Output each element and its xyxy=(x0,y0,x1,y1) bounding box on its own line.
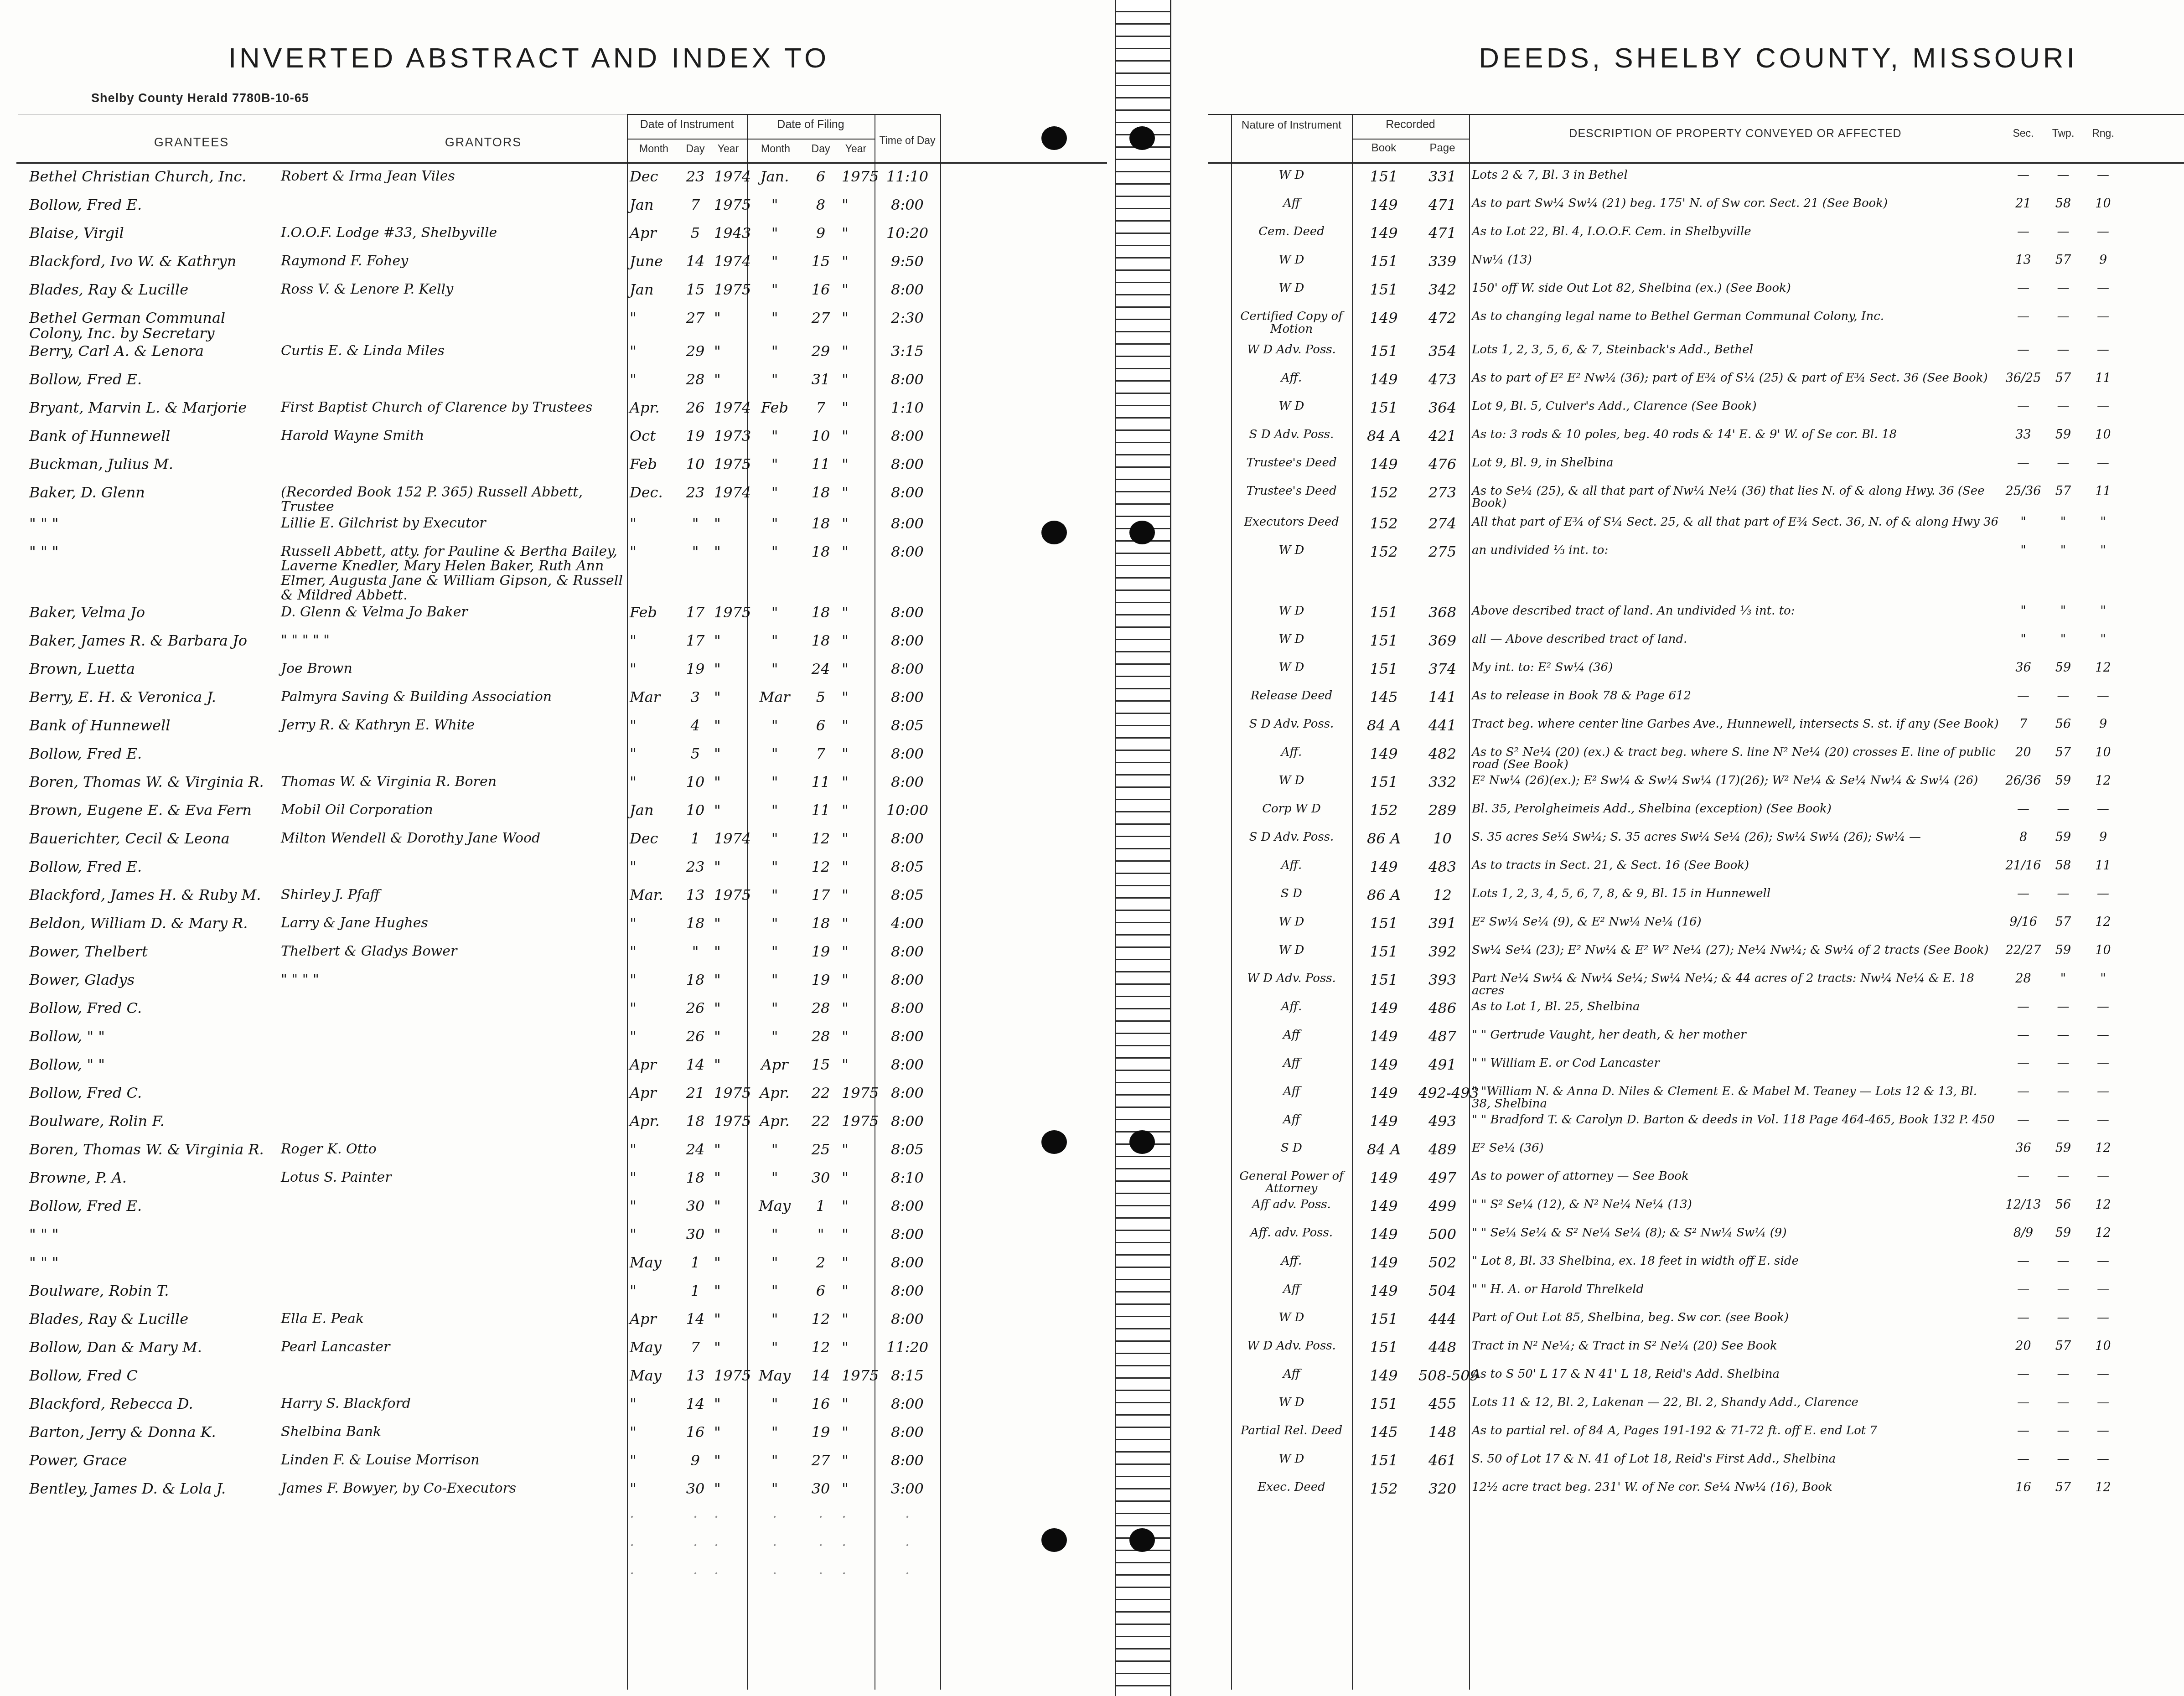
cell-grantee: Bollow, Fred E. xyxy=(0,857,278,875)
cell-spacer xyxy=(940,223,1231,226)
cell-nature: Aff. xyxy=(1231,370,1352,385)
cell-time: 8:00 xyxy=(875,1394,940,1412)
cell-description: Part Ne¼ Sw¼ & Nw¼ Se¼; Sw¼ Ne¼; & 44 ac… xyxy=(1469,970,2002,998)
cell-file-month: May xyxy=(747,1196,802,1214)
cell-spacer xyxy=(940,1338,1231,1340)
cell-description: all — Above described tract of land. xyxy=(1469,631,2002,646)
cell-description: " Lot 8, Bl. 33 Shelbina, ex. 18 feet in… xyxy=(1469,1253,2002,1268)
cell-rng: — xyxy=(2081,1451,2125,1466)
cell-twp: — xyxy=(2045,1451,2081,1466)
cell-inst-day: 18 xyxy=(679,970,711,988)
cell-rng: — xyxy=(2081,688,2125,703)
cell-rng: — xyxy=(2081,1309,2125,1325)
cell-file-day: 18 xyxy=(802,542,839,560)
cell-twp xyxy=(2045,1507,2081,1510)
cell-spacer xyxy=(940,1394,1231,1396)
cell-inst-month: " xyxy=(627,1140,679,1158)
cell-inst-day: 14 xyxy=(679,252,711,269)
cell-twp: 57 xyxy=(2045,483,2081,498)
cell-grantor xyxy=(278,1225,627,1227)
cell-book: 151 xyxy=(1352,398,1416,416)
cell-twp: 57 xyxy=(2045,370,2081,385)
cell-spacer xyxy=(940,483,1231,485)
cell-file-year: " xyxy=(839,801,875,818)
cell-file-year: " xyxy=(839,688,875,705)
cell-inst-year: 1974 xyxy=(711,167,747,185)
cell-spacer xyxy=(940,1196,1231,1199)
cell-file-month: " xyxy=(747,829,802,847)
cell-time: 8:00 xyxy=(875,942,940,960)
cell-grantor xyxy=(278,1112,627,1114)
cell-page: 461 xyxy=(1416,1451,1469,1468)
cell-sec: — xyxy=(2002,1112,2045,1127)
cell-grantee: Blades, Ray & Lucille xyxy=(0,1309,278,1327)
table-row: Boren, Thomas W. & Virginia R.Roger K. O… xyxy=(0,1140,2184,1168)
cell-rng: — xyxy=(2081,1281,2125,1297)
cell-description: As to changing legal name to Bethel Germ… xyxy=(1469,308,2002,323)
cell-inst-month: " xyxy=(627,1451,679,1468)
cell-book: 151 xyxy=(1352,1338,1416,1355)
cell-rng: — xyxy=(2081,1027,2125,1042)
cell-time: 8:05 xyxy=(875,1140,940,1158)
cell-inst-month: · xyxy=(627,1507,679,1525)
cell-spacer xyxy=(940,514,1231,516)
cell-book: 151 xyxy=(1352,1309,1416,1327)
cell-twp: 56 xyxy=(2045,716,2081,731)
cell-rng: 12 xyxy=(2081,914,2125,929)
cell-file-year: " xyxy=(839,603,875,620)
cell-file-month: " xyxy=(747,998,802,1016)
cell-grantee: Bollow, Fred E. xyxy=(0,195,278,213)
cell-book: 149 xyxy=(1352,744,1416,762)
cell-file-year: " xyxy=(839,970,875,988)
cell-file-day: 10 xyxy=(802,426,839,444)
cell-description: As to Lot 1, Bl. 25, Shelbina xyxy=(1469,998,2002,1013)
cell-time: 11:10 xyxy=(875,167,940,185)
cell-spacer xyxy=(940,998,1231,1001)
cell-file-day: 19 xyxy=(802,970,839,988)
cell-file-year: " xyxy=(839,1422,875,1440)
cell-inst-day: 1 xyxy=(679,829,711,847)
cell-inst-day: 1 xyxy=(679,1281,711,1299)
column-header-inst-day: Day xyxy=(679,143,711,155)
cell-inst-day: 16 xyxy=(679,1422,711,1440)
cell-sec: — xyxy=(2002,885,2045,901)
cell-sec: — xyxy=(2002,1027,2045,1042)
cell-twp: — xyxy=(2045,1055,2081,1070)
cell-file-day: · xyxy=(802,1507,839,1525)
cell-grantee: Browne, P. A. xyxy=(0,1168,278,1186)
cell-page: 492-493 xyxy=(1416,1083,1469,1101)
cell-nature: S D Adv. Poss. xyxy=(1231,426,1352,441)
cell-page: 483 xyxy=(1416,857,1469,875)
cell-description: As to Lot 22, Bl. 4, I.O.O.F. Cem. in Sh… xyxy=(1469,223,2002,238)
cell-grantor xyxy=(278,370,627,372)
cell-grantor: " " " " " xyxy=(278,631,627,648)
cell-time: 8:00 xyxy=(875,483,940,501)
cell-file-month: " xyxy=(747,744,802,762)
cell-file-month: " xyxy=(747,1451,802,1468)
cell-inst-month: Feb xyxy=(627,603,679,620)
cell-inst-month: Dec xyxy=(627,167,679,185)
cell-file-month: Apr xyxy=(747,1055,802,1073)
cell-description: Sw¼ Se¼ (23); E² Nw¼ & E² W² Ne¼ (27); N… xyxy=(1469,942,2002,957)
cell-page: 392 xyxy=(1416,942,1469,960)
cell-grantor xyxy=(278,308,627,310)
cell-grantor xyxy=(278,1027,627,1029)
cell-file-day: 7 xyxy=(802,398,839,416)
cell-rng: " xyxy=(2081,631,2125,646)
cell-spacer xyxy=(940,1536,1231,1538)
cell-twp: — xyxy=(2045,998,2081,1014)
cell-inst-month: " xyxy=(627,744,679,762)
cell-inst-day: 26 xyxy=(679,398,711,416)
cell-description: 12½ acre tract beg. 231' W. of Ne cor. S… xyxy=(1469,1479,2002,1494)
cell-spacer xyxy=(940,1083,1231,1086)
cell-file-month: " xyxy=(747,772,802,790)
cell-book: 151 xyxy=(1352,280,1416,298)
cell-twp: 59 xyxy=(2045,659,2081,675)
cell-file-day: 28 xyxy=(802,1027,839,1044)
cell-file-month: " xyxy=(747,1281,802,1299)
cell-book: 151 xyxy=(1352,1394,1416,1412)
cell-inst-month: Mar xyxy=(627,688,679,705)
cell-page: 508-509 xyxy=(1416,1366,1469,1384)
cell-inst-day: 7 xyxy=(679,195,711,213)
cell-file-day: 31 xyxy=(802,370,839,388)
cell-sec: 12/13 xyxy=(2002,1196,2045,1212)
cell-description: As to Se¼ (25), & all that part of Nw¼ N… xyxy=(1469,483,2002,510)
cell-grantor: Roger K. Otto xyxy=(278,1140,627,1157)
cell-grantee: Blades, Ray & Lucille xyxy=(0,280,278,298)
cell-file-month: · xyxy=(747,1564,802,1582)
cell-book: 152 xyxy=(1352,801,1416,818)
cell-nature: Aff xyxy=(1231,1112,1352,1127)
cell-rng: 9 xyxy=(2081,252,2125,267)
cell-inst-day: · xyxy=(679,1564,711,1582)
cell-file-year: · xyxy=(839,1507,875,1525)
cell-file-year: " xyxy=(839,1338,875,1355)
cell-page: 332 xyxy=(1416,772,1469,790)
cell-sec: 16 xyxy=(2002,1479,2045,1494)
cell-grantor: Joe Brown xyxy=(278,659,627,676)
cell-description: Tract beg. where center line Garbes Ave.… xyxy=(1469,716,2002,731)
cell-inst-year: 1974 xyxy=(711,398,747,416)
cell-nature: W D xyxy=(1231,942,1352,957)
cell-sec: 33 xyxy=(2002,426,2045,442)
cell-inst-day: " xyxy=(679,514,711,532)
cell-inst-year: 1975 xyxy=(711,1083,747,1101)
cell-book: 149 xyxy=(1352,195,1416,213)
cell-inst-day: 30 xyxy=(679,1479,711,1497)
cell-page: 148 xyxy=(1416,1422,1469,1440)
cell-inst-year: 1973 xyxy=(711,426,747,444)
cell-twp xyxy=(2045,1536,2081,1538)
cell-inst-year: " xyxy=(711,801,747,818)
table-row: Bollow, Fred E."5""7"8:00Aff.149482As to… xyxy=(0,744,2184,772)
table-row: Bollow, Fred E.Jan71975"8"8:00Aff149471A… xyxy=(0,195,2184,223)
cell-book: 151 xyxy=(1352,659,1416,677)
cell-grantee: Bollow, Dan & Mary M. xyxy=(0,1338,278,1355)
cell-inst-month: " xyxy=(627,970,679,988)
cell-twp: " xyxy=(2045,631,2081,646)
cell-twp: — xyxy=(2045,341,2081,357)
cell-rng: — xyxy=(2081,308,2125,324)
cell-inst-month: Apr xyxy=(627,1083,679,1101)
cell-spacer xyxy=(940,688,1231,690)
cell-nature: Aff xyxy=(1231,1281,1352,1296)
cell-nature: W D xyxy=(1231,1309,1352,1324)
cell-grantee: Boren, Thomas W. & Virginia R. xyxy=(0,772,278,790)
cell-time: 8:00 xyxy=(875,603,940,620)
cell-grantor xyxy=(278,1366,627,1368)
cell-rng: 11 xyxy=(2081,370,2125,385)
cell-time: 8:00 xyxy=(875,1281,940,1299)
cell-grantee: Bentley, James D. & Lola J. xyxy=(0,1479,278,1497)
cell-file-day: 16 xyxy=(802,280,839,298)
cell-time: 8:00 xyxy=(875,1027,940,1044)
cell-description: S. 50 of Lot 17 & N. 41 of Lot 18, Reid'… xyxy=(1469,1451,2002,1466)
cell-sec: — xyxy=(2002,688,2045,703)
cell-inst-day: 23 xyxy=(679,483,711,501)
cell-book: 151 xyxy=(1352,914,1416,931)
cell-book xyxy=(1352,1536,1416,1538)
cell-grantee: Baker, D. Glenn xyxy=(0,483,278,501)
cell-inst-month: Apr xyxy=(627,1309,679,1327)
cell-inst-month: " xyxy=(627,542,679,560)
cell-spacer xyxy=(940,659,1231,662)
cell-nature: W D Adv. Poss. xyxy=(1231,1338,1352,1353)
cell-twp: — xyxy=(2045,167,2081,182)
cell-book: 84 A xyxy=(1352,716,1416,734)
cell-file-month: " xyxy=(747,308,802,326)
table-row: Bollow, Fred C.Apr211975Apr.2219758:00Af… xyxy=(0,1083,2184,1112)
cell-inst-month: " xyxy=(627,308,679,326)
cell-book: 84 A xyxy=(1352,1140,1416,1158)
cell-inst-month: Dec xyxy=(627,829,679,847)
cell-file-month: " xyxy=(747,716,802,734)
cell-nature: Certified Copy of Motion xyxy=(1231,308,1352,336)
cell-file-month: " xyxy=(747,426,802,444)
cell-book: 151 xyxy=(1352,1451,1416,1468)
cell-twp: — xyxy=(2045,1112,2081,1127)
cell-grantee: Beldon, William D. & Mary R. xyxy=(0,914,278,931)
cell-grantor: Russell Abbett, atty. for Pauline & Bert… xyxy=(278,542,627,602)
cell-inst-year: " xyxy=(711,1168,747,1186)
cell-inst-month: " xyxy=(627,370,679,388)
cell-inst-month: Mar. xyxy=(627,885,679,903)
cell-inst-month: Apr. xyxy=(627,1112,679,1129)
cell-inst-day: 24 xyxy=(679,1140,711,1158)
column-header-date-of-instrument: Date of Instrument xyxy=(627,119,747,131)
cell-grantor xyxy=(278,1083,627,1086)
cell-sec: 26/36 xyxy=(2002,772,2045,788)
cell-twp: — xyxy=(2045,1422,2081,1438)
cell-sec: — xyxy=(2002,1168,2045,1184)
cell-page: 504 xyxy=(1416,1281,1469,1299)
table-row: Bauerichter, Cecil & LeonaMilton Wendell… xyxy=(0,829,2184,857)
cell-book: 149 xyxy=(1352,455,1416,472)
cell-page: 331 xyxy=(1416,167,1469,185)
cell-nature: Trustee's Deed xyxy=(1231,483,1352,498)
cell-grantor xyxy=(278,1281,627,1283)
cell-file-year: 1975 xyxy=(839,167,875,185)
cell-file-day: · xyxy=(802,1536,839,1553)
cell-description xyxy=(1469,1536,2002,1538)
cell-spacer xyxy=(940,914,1231,916)
cell-file-month: Apr. xyxy=(747,1112,802,1129)
cell-sec: — xyxy=(2002,1055,2045,1070)
cell-time: · xyxy=(875,1507,940,1525)
table-row: ······· xyxy=(0,1564,2184,1592)
cell-book: 151 xyxy=(1352,942,1416,960)
cell-nature: S D xyxy=(1231,885,1352,900)
cell-file-month: Jan. xyxy=(747,167,802,185)
cell-page: 342 xyxy=(1416,280,1469,298)
cell-book: 152 xyxy=(1352,542,1416,560)
cell-spacer xyxy=(940,1479,1231,1481)
cell-time: 8:00 xyxy=(875,1253,940,1271)
cell-spacer xyxy=(940,603,1231,605)
cell-twp: 59 xyxy=(2045,942,2081,957)
cell-nature: Aff xyxy=(1231,1027,1352,1042)
cell-book: 151 xyxy=(1352,603,1416,620)
cell-inst-day: 30 xyxy=(679,1196,711,1214)
cell-file-month: Feb xyxy=(747,398,802,416)
cell-book: 149 xyxy=(1352,1225,1416,1242)
cell-book: 149 xyxy=(1352,998,1416,1016)
cell-inst-year: " xyxy=(711,1451,747,1468)
cell-file-day: 27 xyxy=(802,308,839,326)
cell-time: · xyxy=(875,1536,940,1553)
cell-inst-month: " xyxy=(627,631,679,649)
cell-spacer xyxy=(940,398,1231,400)
cell-rng: 12 xyxy=(2081,1479,2125,1494)
cell-sec: 36 xyxy=(2002,1140,2045,1155)
cell-file-month: " xyxy=(747,1338,802,1355)
cell-book: 149 xyxy=(1352,857,1416,875)
cell-page: 320 xyxy=(1416,1479,1469,1497)
cell-file-month: Mar xyxy=(747,688,802,705)
cell-page: 471 xyxy=(1416,223,1469,241)
hole-punch xyxy=(1041,126,1067,150)
cell-sec: — xyxy=(2002,455,2045,470)
cell-time: 8:00 xyxy=(875,772,940,790)
cell-spacer xyxy=(940,1225,1231,1227)
column-header-inst-month: Month xyxy=(628,143,679,155)
cell-rng: — xyxy=(2081,455,2125,470)
cell-file-day: 11 xyxy=(802,772,839,790)
cell-twp: — xyxy=(2045,688,2081,703)
cell-book: 149 xyxy=(1352,1168,1416,1186)
cell-page: 448 xyxy=(1416,1338,1469,1355)
cell-inst-year: " xyxy=(711,1055,747,1073)
cell-nature: Corp W D xyxy=(1231,801,1352,816)
cell-file-month: " xyxy=(747,370,802,388)
cell-rng: — xyxy=(2081,223,2125,239)
cell-file-year: " xyxy=(839,426,875,444)
cell-file-year: 1975 xyxy=(839,1112,875,1129)
cell-file-month: " xyxy=(747,1168,802,1186)
cell-twp: 58 xyxy=(2045,857,2081,873)
cell-inst-month: " xyxy=(627,1281,679,1299)
cell-file-day: 18 xyxy=(802,603,839,620)
cell-time: 4:00 xyxy=(875,914,940,931)
cell-inst-month: " xyxy=(627,1027,679,1044)
column-header-twp: Twp. xyxy=(2045,128,2081,139)
cell-sec: 22/27 xyxy=(2002,942,2045,957)
cell-sec: 20 xyxy=(2002,744,2045,760)
cell-file-day: 18 xyxy=(802,631,839,649)
cell-nature: W D xyxy=(1231,1451,1352,1466)
cell-rng: " xyxy=(2081,514,2125,529)
cell-page: 393 xyxy=(1416,970,1469,988)
printer-imprint: Shelby County Herald 7780B-10-65 xyxy=(91,91,309,105)
cell-inst-year: " xyxy=(711,1338,747,1355)
cell-sec: " xyxy=(2002,631,2045,646)
cell-inst-year: 1974 xyxy=(711,252,747,269)
cell-spacer xyxy=(940,370,1231,372)
cell-grantee: Boulware, Robin T. xyxy=(0,1281,278,1299)
cell-inst-year: " xyxy=(711,1253,747,1271)
cell-grantee: Boren, Thomas W. & Virginia R. xyxy=(0,1140,278,1158)
cell-file-day: 12 xyxy=(802,1309,839,1327)
table-row: Bethel German Communal Colony, Inc. by S… xyxy=(0,308,2184,341)
cell-inst-month: Apr xyxy=(627,1055,679,1073)
cell-inst-day: 28 xyxy=(679,370,711,388)
cell-spacer xyxy=(940,744,1231,746)
cell-file-year: " xyxy=(839,308,875,326)
page-title-left: INVERTED ABSTRACT AND INDEX TO xyxy=(201,42,857,74)
cell-file-month: " xyxy=(747,483,802,501)
cell-inst-day: 7 xyxy=(679,1338,711,1355)
cell-inst-day: 10 xyxy=(679,772,711,790)
cell-spacer xyxy=(940,1140,1231,1142)
cell-description: Tract in N² Ne¼; & Tract in S² Ne¼ (20) … xyxy=(1469,1338,2002,1353)
cell-grantor: Pearl Lancaster xyxy=(278,1338,627,1355)
cell-time: 8:00 xyxy=(875,1225,940,1242)
cell-grantor xyxy=(278,857,627,859)
cell-nature xyxy=(1231,1536,1352,1538)
table-row: Bollow, Fred E."23""12"8:05Aff.149483As … xyxy=(0,857,2184,885)
cell-grantor: " " " " xyxy=(278,970,627,987)
table-row: Bollow, Fred E."28""31"8:00Aff.149473As … xyxy=(0,370,2184,398)
cell-grantor xyxy=(278,744,627,746)
cell-grantor: Shelbina Bank xyxy=(278,1422,627,1439)
cell-inst-month: " xyxy=(627,341,679,359)
cell-twp: 57 xyxy=(2045,1338,2081,1353)
cell-file-year: " xyxy=(839,223,875,241)
cell-file-day: 15 xyxy=(802,252,839,269)
cell-twp: — xyxy=(2045,1027,2081,1042)
cell-page: 491 xyxy=(1416,1055,1469,1073)
cell-inst-year: " xyxy=(711,1140,747,1158)
cell-inst-month: " xyxy=(627,914,679,931)
cell-rng: — xyxy=(2081,167,2125,182)
cell-inst-day: 13 xyxy=(679,885,711,903)
cell-spacer xyxy=(940,829,1231,831)
cell-time: 8:00 xyxy=(875,829,940,847)
cell-inst-year: " xyxy=(711,688,747,705)
cell-time: 9:50 xyxy=(875,252,940,269)
cell-description: " "William N. & Anna D. Niles & Clement … xyxy=(1469,1083,2002,1111)
cell-sec: — xyxy=(2002,1366,2045,1381)
cell-page: 486 xyxy=(1416,998,1469,1016)
cell-file-year: " xyxy=(839,1394,875,1412)
cell-sec: — xyxy=(2002,308,2045,324)
cell-grantee: Berry, E. H. & Veronica J. xyxy=(0,688,278,705)
cell-grantee: " " " xyxy=(0,1225,278,1242)
